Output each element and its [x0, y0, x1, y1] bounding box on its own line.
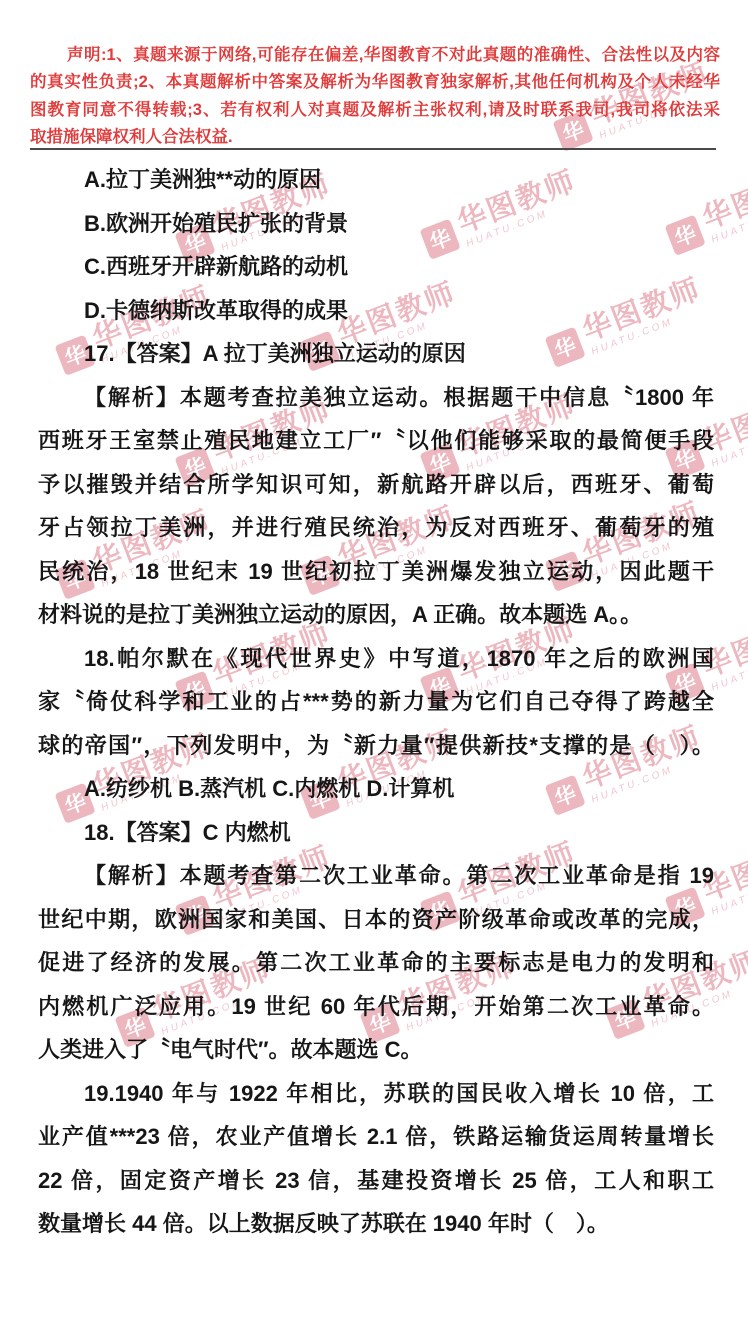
analysis-q18-line-1: 【解析】本题考查第二次工业革命。第二次工业革命是指 19: [38, 854, 714, 898]
disclaimer: 声明:1、真题来源于网络,可能存在偏差,华图教育不对此真题的准确性、合法性以及内…: [30, 42, 720, 151]
analysis-q17-line-1: 【解析】本题考查拉美独立运动。根据题干中信息〝1800 年: [38, 376, 714, 420]
divider-rule: [30, 148, 716, 150]
option-a-q17: A.拉丁美洲独**动的原因: [38, 158, 714, 202]
analysis-q17-line-3: 予以摧毁并结合所学知识可知，新航路开辟以后，西班牙、葡萄: [38, 463, 714, 507]
analysis-q18-line-3: 促进了经济的发展。第二次工业革命的主要标志是电力的发明和: [38, 941, 714, 985]
watermark-url-text: HUATU.COM: [710, 864, 748, 918]
question-q18-line-2: 家〝倚仗科学和工业的占***势的新力量为它们自己夺得了跨越全: [38, 680, 714, 724]
disclaimer-line-2: 的真实性负责;2、本真题解析中答案及解析为华图教育独家解析,其他任何机构及个人未…: [30, 69, 720, 96]
question-q18-line-1: 18.帕尔默在《现代世界史》中写道，1870 年之后的欧洲国: [38, 637, 714, 681]
analysis-q18-line-4: 内燃机广泛应用。19 世纪 60 年代后期，开始第二次工业革命。: [38, 985, 714, 1029]
analysis-q17-line-4: 牙占领拉丁美洲，并进行殖民统治，为反对西班牙、葡萄牙的殖: [38, 506, 714, 550]
option-b-q17: B.欧洲开始殖民扩张的背景: [38, 202, 714, 246]
question-q18-line-3: 球的帝国″，下列发明中，为〝新力量″提供新技*支撑的是（ ）。: [38, 724, 714, 768]
question-q19-line-3: 22 倍，固定资产增长 23 信，基建投资增长 25 倍，工人和职工: [38, 1159, 714, 1203]
analysis-q17-line-2: 西班牙王室禁止殖民地建立工厂″〝以他们能够采取的最简便手段: [38, 419, 714, 463]
analysis-q18-line-2: 世纪中期，欧洲国家和美国、日本的资产阶级革命或改革的完成，: [38, 898, 714, 942]
question-q19-line-2: 业产值***23 倍，农业产值增长 2.1 倍，铁路运输货运周转量增长: [38, 1115, 714, 1159]
analysis-q17-line-5: 民统治，18 世纪末 19 世纪初拉丁美洲爆发独立运动，因此题干: [38, 550, 714, 594]
answer-q18: 18.【答案】C 内燃机: [38, 811, 714, 855]
disclaimer-line-1: 声明:1、真题来源于网络,可能存在偏差,华图教育不对此真题的准确性、合法性以及内…: [30, 42, 720, 69]
question-q19-line-4: 数量增长 44 倍。以上数据反映了苏联在 1940 年时（ ）。: [38, 1202, 714, 1246]
document-body: A.拉丁美洲独**动的原因 B.欧洲开始殖民扩张的背景 C.西班牙开辟新航路的动…: [38, 158, 714, 1246]
question-q19-line-1: 19.1940 年与 1922 年相比，苏联的国民收入增长 10 倍，工: [38, 1072, 714, 1116]
watermark-url-text: HUATU.COM: [710, 640, 748, 694]
option-c-q17: C.西班牙开辟新航路的动机: [38, 245, 714, 289]
watermark-url-text: HUATU.COM: [710, 416, 748, 470]
answer-q17: 17.【答案】A 拉丁美洲独立运动的原因: [38, 332, 714, 376]
options-q18: A.纺纱机 B.蒸汽机 C.内燃机 D.计算机: [38, 767, 714, 811]
analysis-q17-line-6: 材料说的是拉丁美洲独立运动的原因，A 正确。故本题选 A。。: [38, 593, 714, 637]
disclaimer-line-3: 图教育同意不得转载;3、若有权利人对真题及解析主张权利,请及时联系我司,我司将依…: [30, 97, 720, 124]
watermark-url-text: HUATU.COM: [710, 192, 748, 246]
option-d-q17: D.卡德纳斯改革取得的成果: [38, 289, 714, 333]
document-page: 华华图教师HUATU.COM华华图教师HUATU.COM华华图教师HUATU.C…: [0, 0, 748, 1335]
analysis-q18-line-5: 人类进入了〝电气时代″。故本题选 C。: [38, 1028, 714, 1072]
